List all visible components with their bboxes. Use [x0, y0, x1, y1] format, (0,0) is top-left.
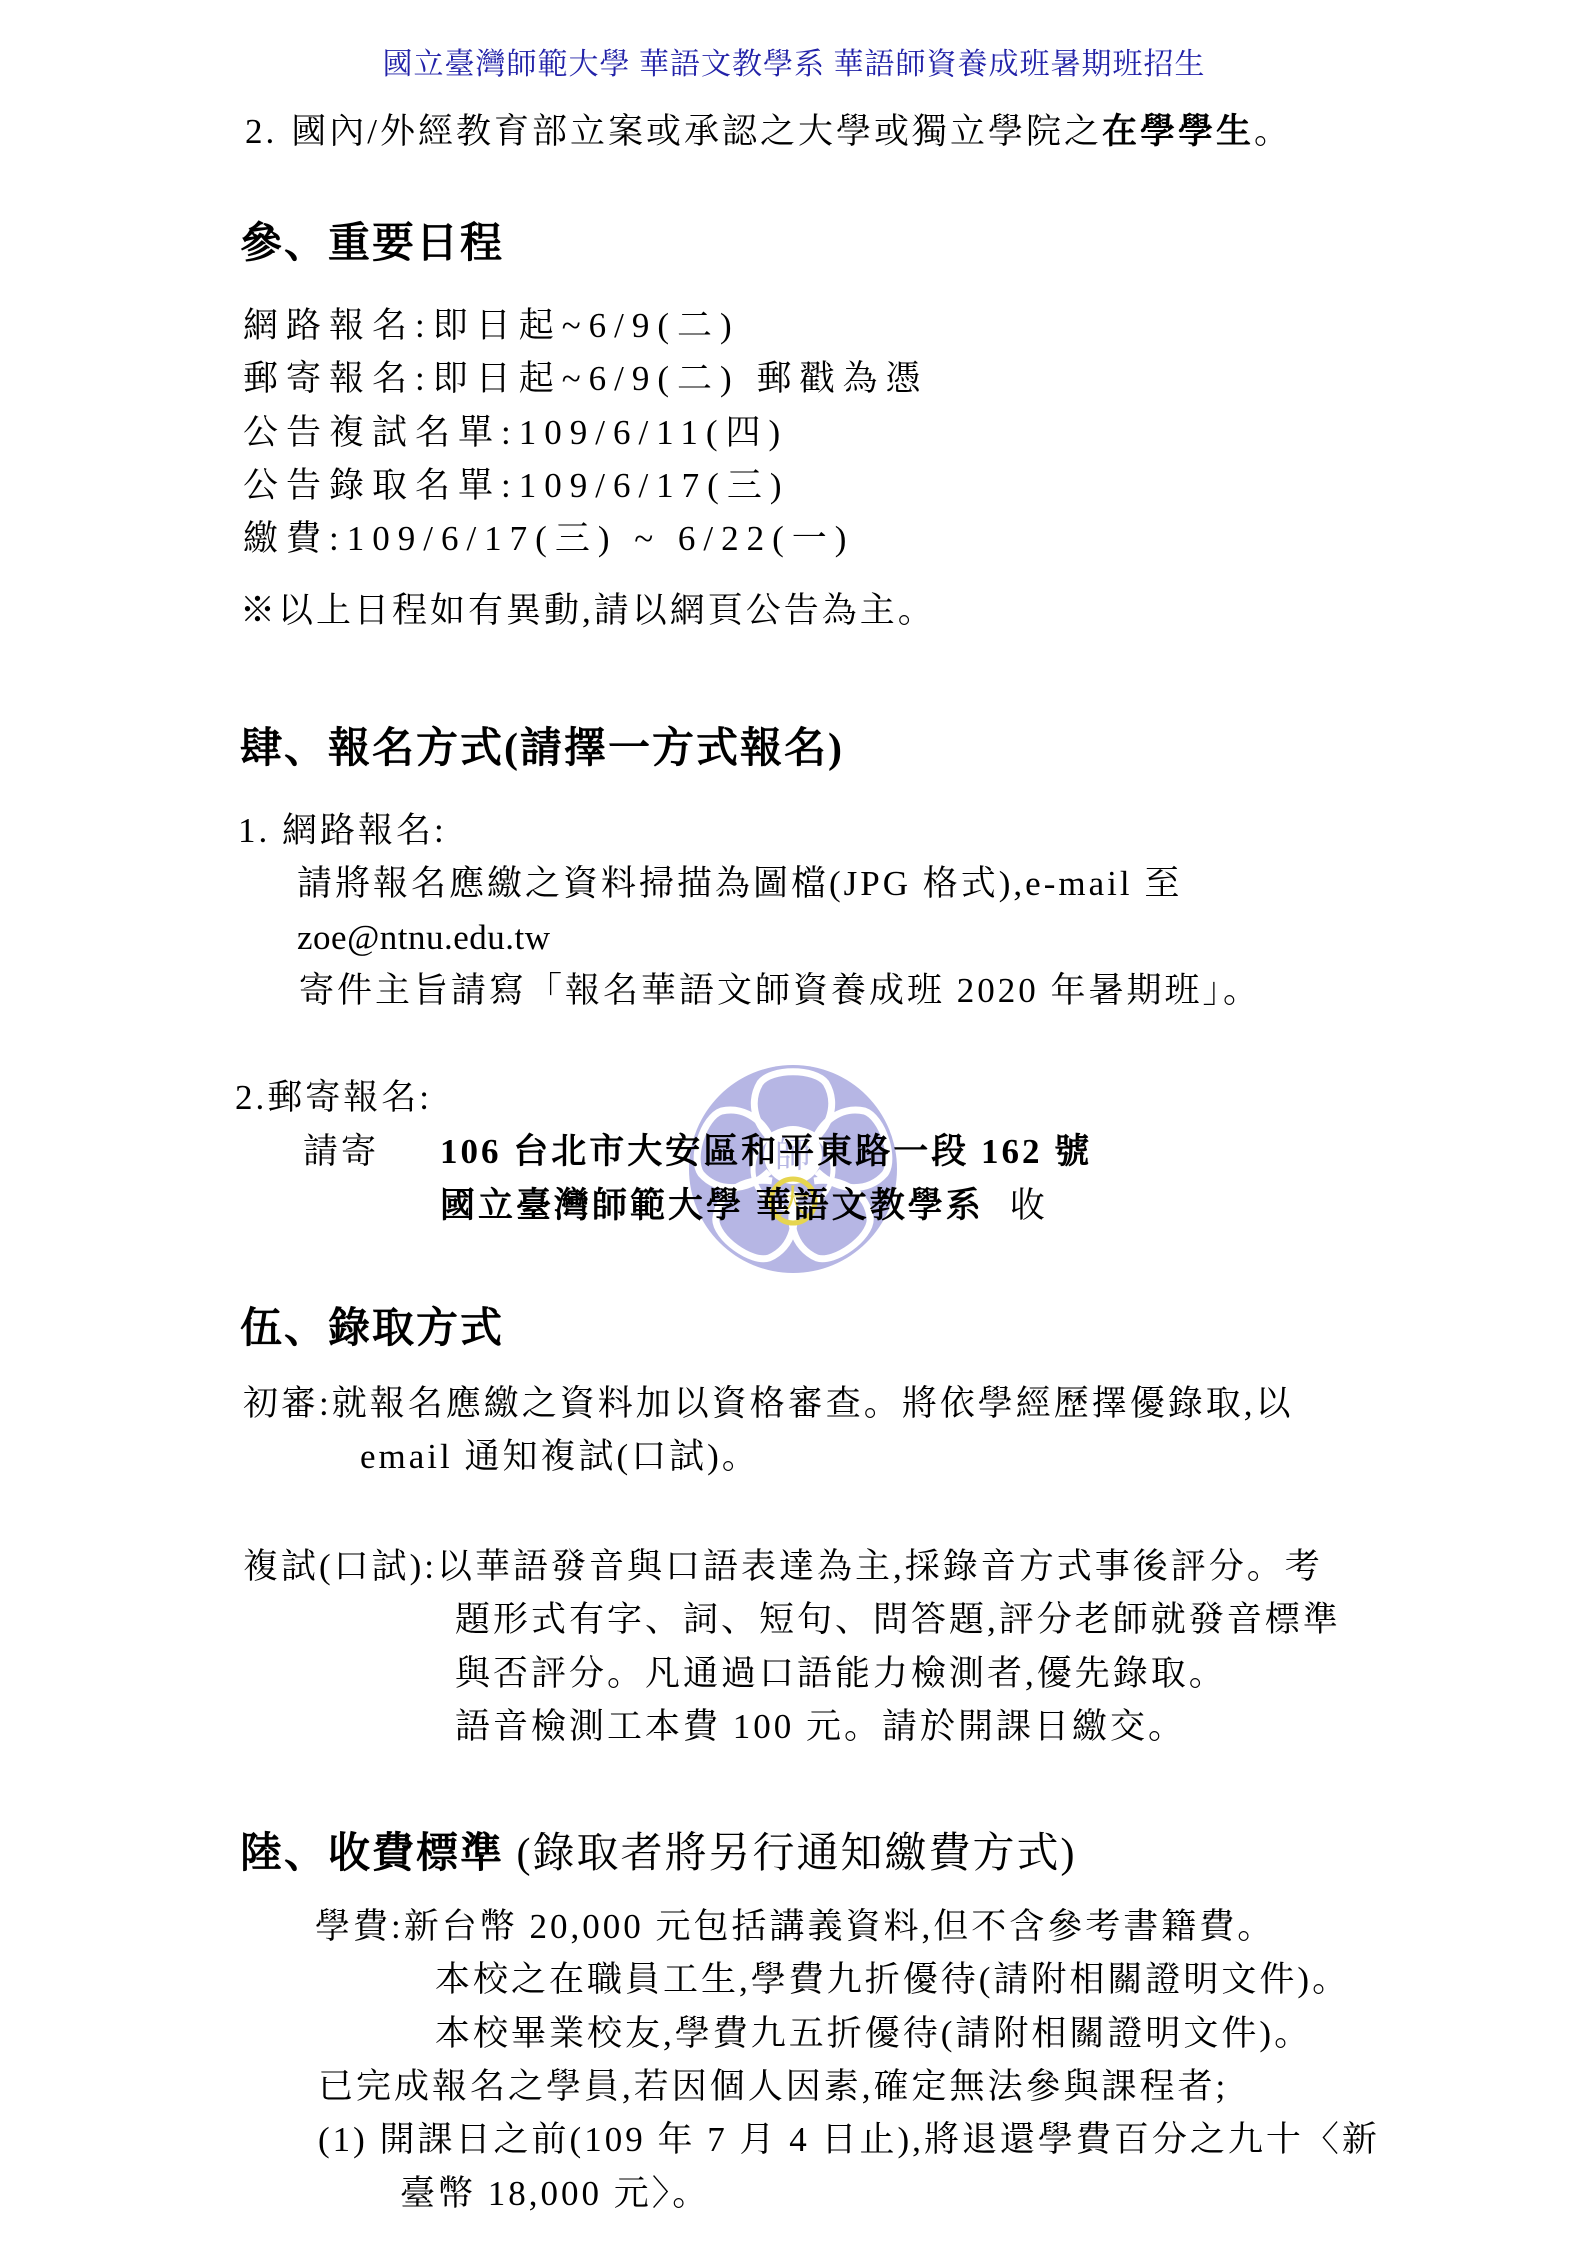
admission-second-review-line2: 題形式有字、詞、短句、問答題,評分老師就發音標準	[455, 1600, 1341, 1640]
registration-email-address: zoe@ntnu.edu.tw	[297, 918, 551, 958]
fees-refund-item1-line2: 臺幣 18,000 元〉。	[400, 2174, 710, 2214]
registration-online-title: 1. 網路報名:	[238, 811, 447, 851]
fees-heading-bold: 陸、收費標準	[240, 1831, 504, 1877]
schedule-note: ※以上日程如有異動,請以網頁公告為主。	[240, 591, 936, 631]
eligibility-item: 2.國內/外經教育部立案或承認之大學或獨立學院之在學學生。	[245, 112, 1292, 152]
section-heading-registration: 肆、報名方式(請擇一方式報名)	[240, 725, 844, 773]
admission-first-review-line1: 初審:就報名應繳之資料加以資格審查。將依學經歷擇優錄取,以	[243, 1384, 1293, 1424]
eligibility-item-period: 。	[1254, 112, 1292, 151]
fees-refund-item1-line1: (1) 開課日之前(109 年 7 月 4 日止),將退還學費百分之九十〈新	[318, 2120, 1380, 2160]
page-title: 國立臺灣師範大學 華語文教學系 華語師資養成班暑期班招生	[0, 48, 1588, 81]
schedule-line-payment: 繳費:109/6/17(三) ~ 6/22(一)	[243, 519, 854, 559]
admission-second-review-line1: 複試(口試):以華語發音與口語表達為主,採錄音方式事後評分。考	[243, 1547, 1323, 1587]
admission-second-review-line3: 與否評分。凡通過口語能力檢測者,優先錄取。	[455, 1654, 1227, 1694]
mail-send-label: 請寄	[303, 1132, 379, 1172]
fees-refund-intro: 已完成報名之學員,若因個人因素,確定無法參與課程者;	[318, 2067, 1228, 2107]
eligibility-item-number: 2.	[245, 112, 277, 151]
eligibility-item-bold: 在學學生	[1102, 112, 1254, 151]
eligibility-item-text: 國內/外經教育部立案或承認之大學或獨立學院之	[291, 112, 1102, 151]
fees-tuition-line2: 本校之在職員工生,學費九折優待(請附相關證明文件)。	[435, 1960, 1350, 2000]
registration-online-line1: 請將報名應繳之資料掃描為圖檔(JPG 格式),e-mail 至	[297, 864, 1182, 904]
fees-heading-note: (錄取者將另行通知繳費方式)	[504, 1831, 1076, 1877]
schedule-line-online: 網路報名:即日起~6/9(二)	[243, 306, 740, 346]
mail-address-line2: 國立臺灣師範大學 華語文教學系收	[440, 1186, 1048, 1226]
document-page: 師 大 國立臺灣師範大學 華語文教學系 華語師資養成班暑期班招生 2.國內/外經…	[0, 0, 1588, 2246]
schedule-line-mail: 郵寄報名:即日起~6/9(二) 郵戳為憑	[243, 359, 928, 399]
mail-address-line1: 106 台北市大安區和平東路一段 162 號	[440, 1132, 1092, 1172]
fees-tuition-line1: 學費:新台幣 20,000 元包括講義資料,但不含參考書籍費。	[315, 1907, 1275, 1947]
fees-tuition-line3: 本校畢業校友,學費九五折優待(請附相關證明文件)。	[435, 2014, 1312, 2054]
admission-second-review-line4: 語音檢測工本費 100 元。請於開課日繳交。	[455, 1707, 1186, 1747]
section-heading-admission: 伍、錄取方式	[240, 1305, 504, 1353]
admission-first-review-line2: email 通知複試(口試)。	[360, 1437, 760, 1477]
section-heading-schedule: 參、重要日程	[240, 220, 504, 268]
registration-online-line2: 寄件主旨請寫「報名華語文師資養成班 2020 年暑期班」。	[299, 971, 1261, 1011]
registration-mail-title: 2.郵寄報名:	[235, 1078, 432, 1118]
schedule-line-admission-list: 公告錄取名單:109/6/17(三)	[243, 466, 789, 506]
mail-address-line2-text: 國立臺灣師範大學 華語文教學系	[440, 1186, 984, 1225]
section-heading-fees: 陸、收費標準 (錄取者將另行通知繳費方式)	[240, 1830, 1077, 1878]
schedule-line-interview-list: 公告複試名單:109/6/11(四)	[243, 413, 788, 453]
mail-receiver: 收	[1010, 1186, 1048, 1225]
